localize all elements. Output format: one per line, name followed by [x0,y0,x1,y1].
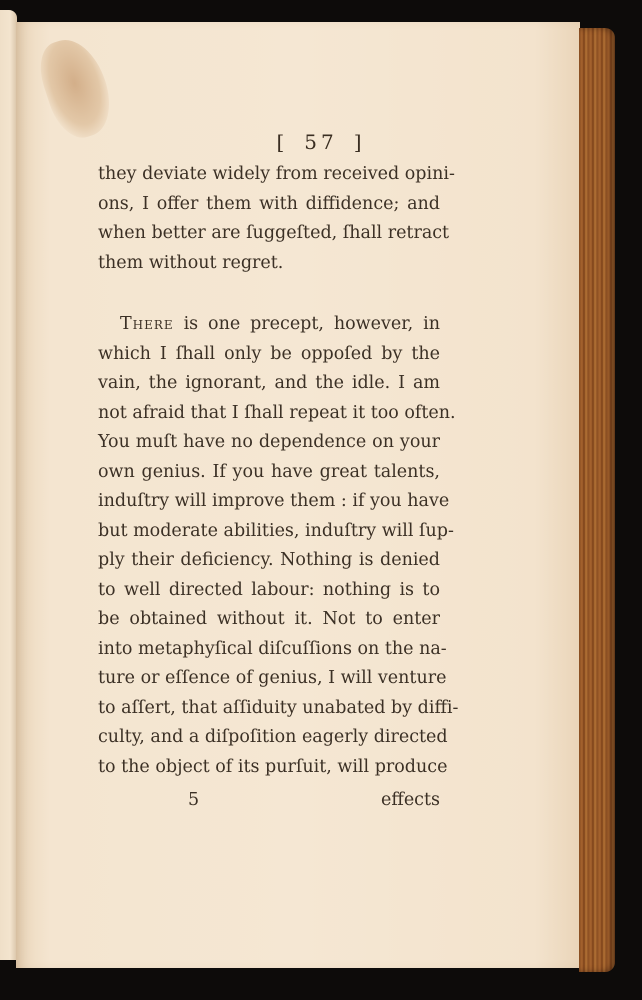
text-line: but moderate abilities, induſtry will ſu… [98,517,440,547]
text-line: which I ſhall only be oppoſed by the [98,340,440,370]
paragraph-1: they deviate widely from received opini-… [98,160,440,278]
bracket-close: ] [354,130,366,154]
page-footer: 5 effects [98,790,440,820]
text-line: ons, I offer them with diffidence; and [98,190,440,220]
text-line: not afraid that I ſhall repeat it too of… [98,399,440,429]
text-line: to well directed labour: nothing is to [98,576,440,606]
text-line-rest: is one precept, however, in [174,314,440,334]
text-line: induſtry will improve them : if you have [98,487,440,517]
text-line: own genius. If you have great talents, [98,458,440,488]
text-line: be obtained without it. Not to enter [98,605,440,635]
catchword: effects [381,790,440,810]
text-line: vain, the ignorant, and the idle. I am [98,369,440,399]
bracket-open: [ [276,130,288,154]
text-line-first: There is one precept, however, in [98,310,440,340]
text-line: they deviate widely from received opini- [98,160,440,190]
page-number-header: [57] [0,130,642,154]
page-number: 57 [304,130,337,154]
text-line: ture or eſſence of genius, I will ventur… [98,664,440,694]
text-line: when better are ſuggeſted, ſhall retract [98,219,440,249]
text-line: to the object of its purſuit, will produ… [98,753,440,783]
paper-stain [32,31,120,145]
text-line: them without regret. [98,249,440,279]
text-line: ply their deficiency. Nothing is denied [98,546,440,576]
book-fore-edge [579,28,615,972]
text-line: into metaphyſical diſcuſſions on the na- [98,635,440,665]
text-line: to aſſert, that aſſiduity unabated by di… [98,694,440,724]
signature-mark: 5 [188,790,199,810]
text-line: culty, and a diſpoſition eagerly directe… [98,723,440,753]
paragraph-2: There is one precept, however, in which … [98,310,440,782]
small-caps-opening-word: There [120,314,174,334]
text-line: You muſt have no dependence on your [98,428,440,458]
